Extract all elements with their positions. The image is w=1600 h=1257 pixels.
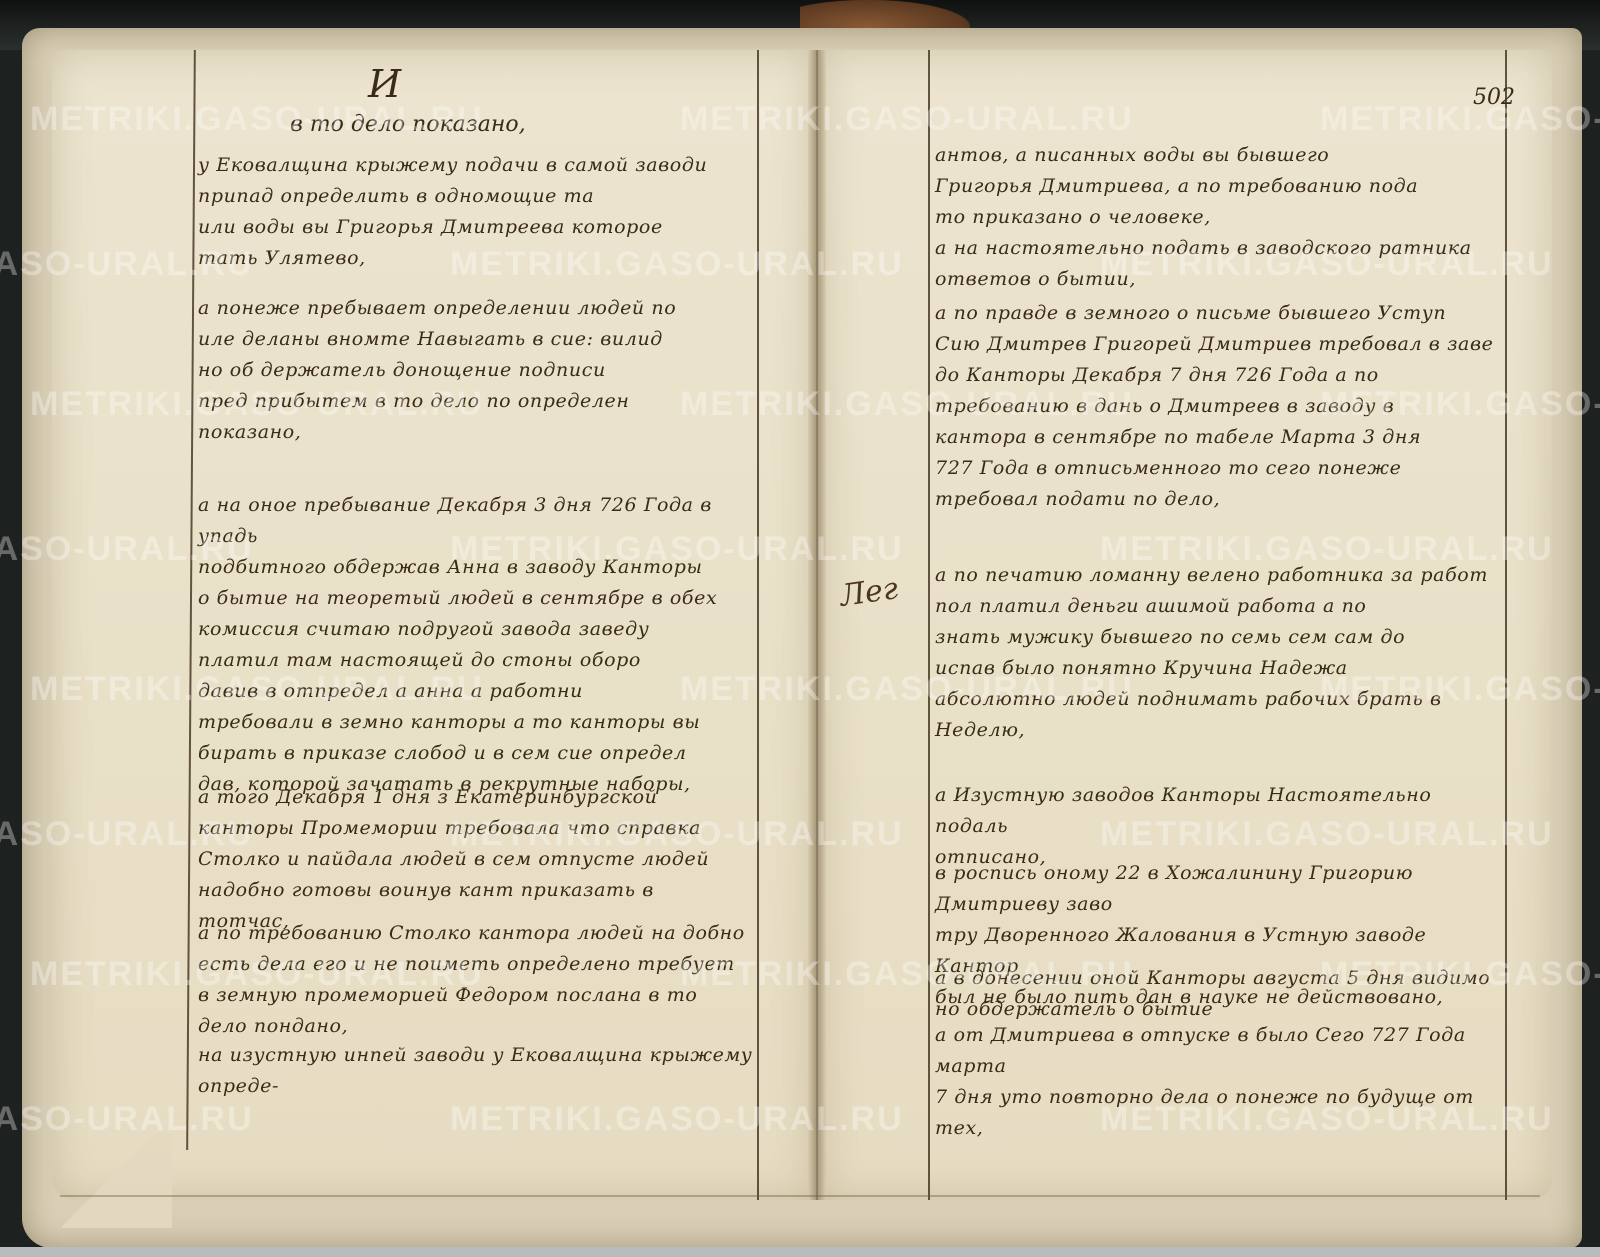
right-page-inner-margin-line: [928, 50, 930, 1200]
left-heading-line: в то дело показано,: [290, 112, 526, 137]
right-paragraph-1: антов, а писанных воды вы бывшего Григор…: [935, 140, 1500, 295]
book-gutter: [808, 50, 826, 1200]
left-heading-initial: И: [368, 62, 401, 106]
left-paragraph-3: а на оное пребывание Декабря 3 дня 726 Г…: [198, 490, 758, 800]
right-paragraph-2: а по правде в земного о письме бывшего У…: [935, 298, 1500, 515]
right-page-outer-margin-line: [1505, 50, 1507, 1200]
scan-bottom-strip: [0, 1247, 1600, 1257]
bottom-edge-line: [60, 1195, 1540, 1197]
right-paragraph-3: а по печатию ломанну велено работника за…: [935, 560, 1500, 746]
left-paragraph-5: а по требованию Столко кантора людей на …: [198, 918, 748, 1042]
right-paragraph-6: а в донесении оной Канторы августа 5 дня…: [935, 963, 1500, 1025]
left-paragraph-4: а того Декабря 1 дня з Екатеринбургской …: [198, 782, 748, 937]
left-paragraph-1: у Ековалщина крыжему подачи в самой заво…: [198, 150, 758, 274]
left-paragraph-2: а понеже пребывает определении людей по …: [198, 293, 758, 448]
folded-corner: [62, 1133, 172, 1228]
folio-number: 502: [1473, 85, 1515, 110]
left-paragraph-6: на изустную инпей заводи у Ековалщина кр…: [198, 1040, 758, 1102]
right-paragraph-7: а от Дмитриева в отпуске в было Сего 727…: [935, 1020, 1500, 1144]
